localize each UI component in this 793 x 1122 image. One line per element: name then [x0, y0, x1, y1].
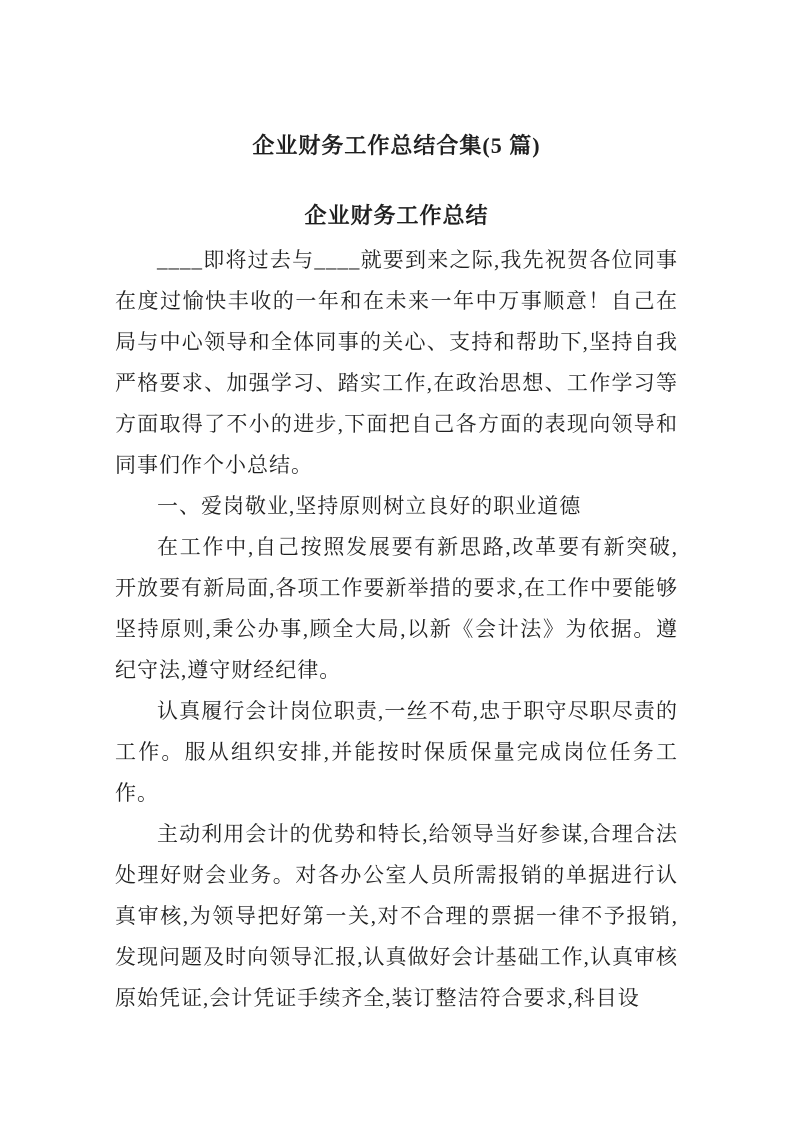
section-heading: 一、爱岗敬业,坚持原则树立良好的职业道德 — [115, 486, 678, 527]
document-subtitle: 企业财务工作总结 — [115, 202, 678, 230]
paragraph-body: 认真履行会计岗位职责,一丝不苟,忠于职守尽职尽责的工作。服从组织安排,并能按时保… — [115, 691, 678, 814]
document-title: 企业财务工作总结合集(5 篇) — [115, 132, 678, 160]
paragraph-body: 主动利用会计的优势和特长,给领导当好参谋,合理合法处理好财会业务。对各办公室人员… — [115, 814, 678, 1019]
document-page: 企业财务工作总结合集(5 篇) 企业财务工作总结 ____即将过去与____就要… — [0, 0, 793, 1122]
paragraph-intro: ____即将过去与____就要到来之际,我先祝贺各位同事在度过愉快丰收的一年和在… — [115, 240, 678, 486]
paragraph-body: 在工作中,自己按照发展要有新思路,改革要有新突破,开放要有新局面,各项工作要新举… — [115, 527, 678, 691]
